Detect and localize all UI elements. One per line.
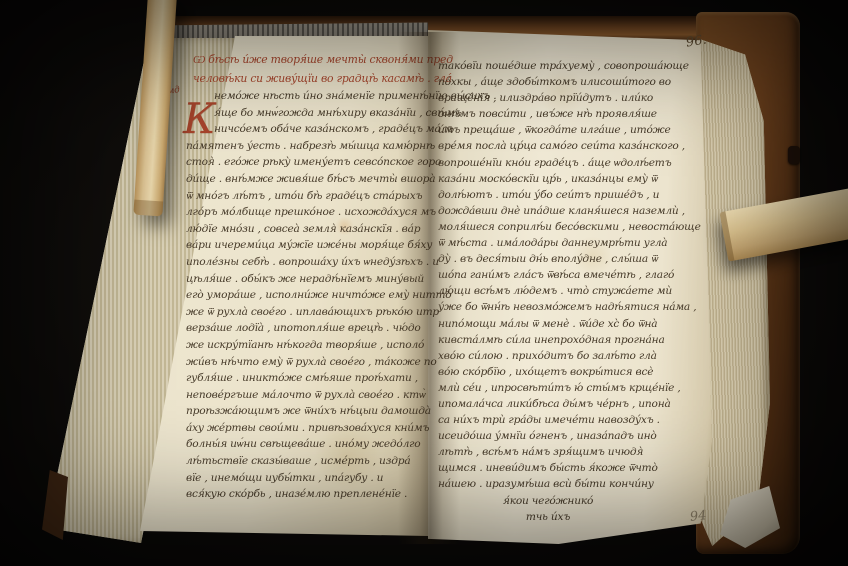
- manuscript-line: вопроше́нїи кно́и граде́цъ . а́ще ѡдолѣ́…: [438, 155, 696, 171]
- manuscript-line: шо́па гани́мъ гла́съ ѿвѣ́са вмече́тѣ , г…: [438, 267, 696, 283]
- manuscript-line: дожда́вши днѐ ипа́дше кланя́шеся наземлѝ…: [438, 203, 696, 219]
- manuscript-line: по́хкы , а́ще здобы́ткомъ илисоши́того в…: [438, 74, 696, 90]
- folio-number-ink: 96.: [685, 32, 708, 50]
- manuscript-line: цѣля́ше . обы́къ же нерадѣ́нїемъ мину́вы…: [186, 271, 426, 288]
- manuscript-line: вся́кую ско́рбь , иназе́млю преплене́нїе…: [186, 486, 426, 503]
- manuscript-line: верза́ше лодїа̀ , ипотопля́ше врецѣ̀ . ч…: [186, 320, 426, 337]
- manuscript-line: у́же бо ѿнн́ѣ невозмо́жемъ надѣ́ятися на…: [438, 299, 696, 315]
- manuscript-line: немо́же нѣсть и́но зна́менїе применѣ́нїю…: [186, 88, 426, 105]
- manuscript-line: ва́ри ичереми́ца му́жїе иже́ны моря́ще б…: [186, 237, 426, 254]
- manuscript-line: исеидо́ша у́мнїи о́гненъ , иназа́падъ ин…: [438, 428, 696, 444]
- left-page-text-block: Ѡ бѣсѣ и́же творя́ше мечты̀ сквоня́ми пр…: [186, 50, 426, 503]
- rubric-heading-line: Ѡ бѣсѣ и́же творя́ше мечты̀ сквоня́ми пр…: [186, 50, 426, 69]
- manuscript-line: ду̀ . въ деся́тыи дн́ь вполу́дне , слы́ш…: [438, 251, 696, 267]
- manuscript-line: и́мъ преща́ше , ѿкогда́те илга́ше , ито́…: [438, 122, 696, 138]
- manuscript-line: непове́ргъше ма́лочто ѿ рухла̀ свое́го .…: [186, 387, 426, 404]
- manuscript-line: на́шею . иразумѣ́ша всѝ бы́ти кончи́ну: [438, 476, 696, 492]
- manuscript-line: жи́въ нѣ́что ему̀ ѿ рухла̀ свое́го , та́…: [186, 354, 426, 371]
- manuscript-line: лю́щи всѣ́мъ лю́демъ . что̀ стужа́ете мѝ: [438, 283, 696, 299]
- colophon-line: я́кои чего́жнико́: [438, 493, 658, 509]
- colophon-line: тчь и́хъ: [438, 509, 658, 525]
- manuscript-line: кивста́лмѣ си́ла инепрохо́дная прогна́на: [438, 332, 696, 348]
- manuscript-line: враще́нїя , илиздра́во прїи́дутъ . или́к…: [438, 90, 696, 106]
- manuscript-line: долѣ́ютъ . ито́и у́бо сеи́тъ прише́дъ , …: [438, 187, 696, 203]
- right-page-text-block: тако́вїи поше́дше тра́хуему̀ , совопроша…: [438, 58, 696, 525]
- manuscript-line: же ѿ рухла̀ свое́го . иплава́ющихъ рѣко́…: [186, 304, 426, 321]
- manuscript-line: иполе́зны себѣ̀ . вопроша́ху и́хъ ѡнеду́…: [186, 254, 426, 271]
- manuscript-line: а́ху же́ртвы свои́ми . привѣзова́хуся кн…: [186, 420, 426, 437]
- manuscript-line: во́ю ско́рбїю , ихо́щетъ вокры́тися всѐ: [438, 364, 696, 380]
- manuscript-line: па́мятенъ у́есть . набрезѣ̀ мы́шца камю́…: [186, 138, 426, 155]
- manuscript-line: стоя̀ . его́же рѣку̀ имену́етъ севсо́пск…: [186, 154, 426, 171]
- manuscript-line: лго́ръ мо́лбище прешко́ное . исхожда́хус…: [186, 204, 426, 221]
- manuscript-line: я́ще бо мнѡ́гожда мнѣ́хиру вказа́нїи , с…: [186, 105, 426, 122]
- manuscript-line: проѣзжа́ющимъ же ѿни́хъ нѣ́цыи дамошда̀: [186, 403, 426, 420]
- manuscript-line: ѿ мѣ́ста . има́лода́ры даннеумрѣ́ти угла…: [438, 235, 696, 251]
- page-number-pencil: 94: [689, 508, 707, 525]
- manuscript-line: лѣтѣ̀ , всѣ́мъ на́мъ зря́щимъ ичюдя̀: [438, 444, 696, 460]
- manuscript-line: лю́дїе мно́зи , совсеа̀ земля̀ каза́нскї…: [186, 221, 426, 238]
- manuscript-line: ничсо́емъ оба́че каза́нскомъ , граде́цъ …: [186, 121, 426, 138]
- manuscript-line: млѝ се́и , ипросвѣти́тъ ю́ сты́мъ крще́н…: [438, 380, 696, 396]
- manuscript-line: нипо́мощи ма́лы ѿ менѐ . ѿи́де хс̀ бо ѿн…: [438, 316, 696, 332]
- manuscript-line: губля́ше . иникто́же смѣ́яше проѣ́хати ,: [186, 370, 426, 387]
- rubric-heading-line: человѣ́ки си живу́щїи во градцѣ̀ касамѣ̀…: [186, 69, 426, 88]
- manuscript-line: же искру́тїанѣ нѣ́когда творя́ше , испол…: [186, 337, 426, 354]
- manuscript-line: ди́ще . внѣ́мже живя́ше бѣ́съ мечты̀ вшо…: [186, 171, 426, 188]
- manuscript-line: лѣ́тьствїе сказы́ваше , исме́рть , издра…: [186, 453, 426, 470]
- manuscript-line: тако́вїи поше́дше тра́хуему̀ , совопроша…: [438, 58, 696, 74]
- manuscript-line: каза́ни моско́вскїи цр́ь , иказа́нцы ему…: [438, 171, 696, 187]
- manuscript-line: са ни́хъ трѝ гра́ды имече́ти навозду́хъ …: [438, 412, 696, 428]
- manuscript-line: вре́мя посла̀ цр́ца само́го сеи́та каза́…: [438, 138, 696, 154]
- manuscript-line: хво́ю си́лою . прихо́дитъ бо залѣ́то гла…: [438, 348, 696, 364]
- manuscript-line: онѣ́мъ повси́ти , ивъ́же нѣ̀ проявля́ше: [438, 106, 696, 122]
- manuscript-line: болны́я иѡ́ни свѣщева́ше . ино́му жедо́л…: [186, 436, 426, 453]
- clasp-remnant: [788, 146, 800, 164]
- manuscript-line: вїе , инемо́щи иубы́тки , ипа́губу . и: [186, 470, 426, 487]
- photo-of-open-manuscript: мд К Ѡ бѣсѣ и́же творя́ше мечты̀ сквоня́…: [0, 0, 848, 566]
- manuscript-line: ѿ мно́гъ лѣ́тъ , ито́и бѣ̀ граде́цъ ста́…: [186, 188, 426, 205]
- manuscript-line: его̀ умора́ше , исполни́же ничто́же ему̀…: [186, 287, 426, 304]
- manuscript-line: моля́шеся соприлѣ́и бесо́вскими , невост…: [438, 219, 696, 235]
- manuscript-line: ипомала́чса лики́бѣса ды́мъ че́рнъ , ипо…: [438, 396, 696, 412]
- manuscript-line: щимся . иневи́димъ бы́сть я́коже ѿчто̀: [438, 460, 696, 476]
